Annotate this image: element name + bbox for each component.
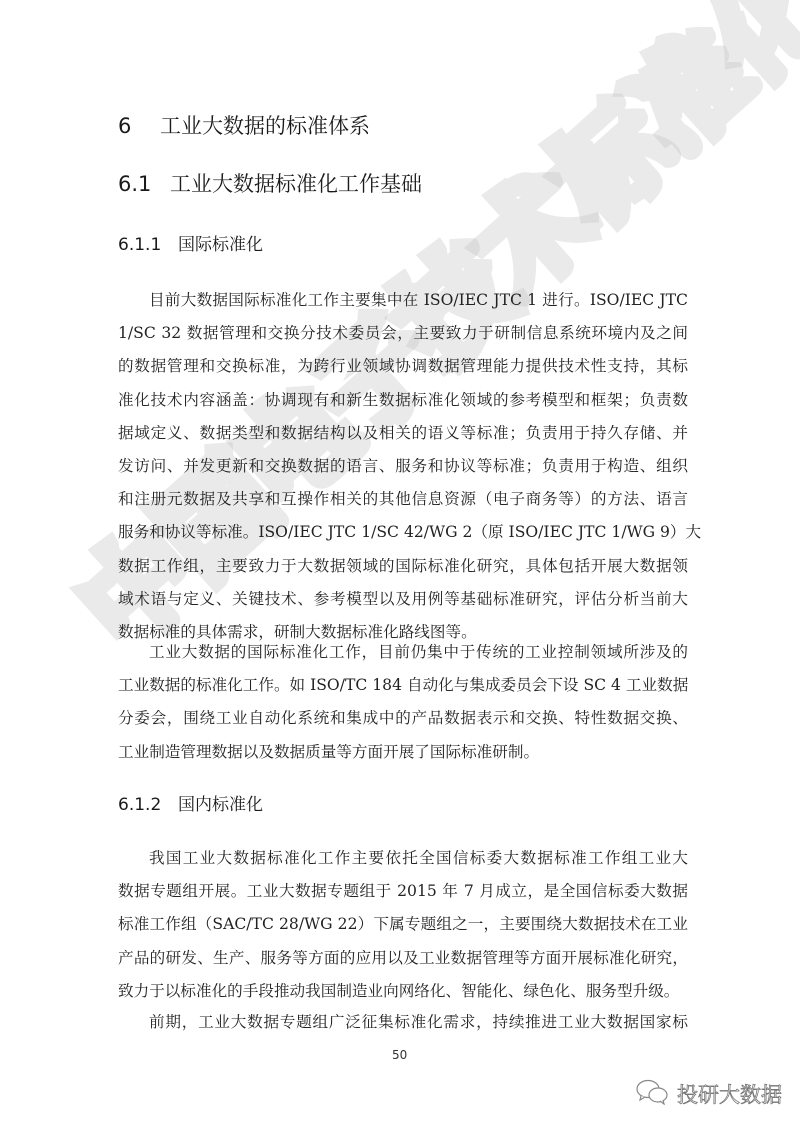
chapter-heading: 6工业大数据的标准体系 xyxy=(118,110,370,140)
text-line: 域术语与定义、关键技术、参考模型以及用例等基础标准研究，评估分析当前大 xyxy=(118,583,688,616)
chapter-number: 6 xyxy=(118,114,160,138)
text-line: 工业制造管理数据以及数据质量等方面开展了国际标准研制。 xyxy=(118,736,688,769)
paragraph-international-bigdata: 目前大数据国际标准化工作主要集中在 ISO/IEC JTC 1 进行。ISO/I… xyxy=(118,284,688,649)
document-page: 中国电子技术标准化研究院 6工业大数据的标准体系 6.1工业大数据标准化工作基础… xyxy=(0,0,800,1131)
page-number: 50 xyxy=(392,1048,407,1062)
text-line: 我国工业大数据标准化工作主要依托全国信标委大数据标准工作组工业大 xyxy=(118,842,688,875)
text-line: 的数据管理和交换标准，为跨行业领域协调数据管理能力提供技术性支持，其标 xyxy=(118,350,688,383)
section-number: 6.1 xyxy=(118,172,170,196)
text-line: 服务和协议等标准。ISO/IEC JTC 1/SC 42/WG 2（原 ISO/… xyxy=(118,516,688,549)
text-line: 数据专题组开展。工业大数据专题组于 2015 年 7 月成立，是全国信标委大数据 xyxy=(118,875,688,908)
section-title: 工业大数据标准化工作基础 xyxy=(170,172,422,196)
subsection-number: 6.1.1 xyxy=(118,235,178,255)
text-line: 前期，工业大数据专题组广泛征集标准化需求，持续推进工业大数据国家标 xyxy=(118,1006,688,1039)
text-line: 准化技术内容涵盖：协调现有和新生数据标准化领域的参考模型和框架；负责数 xyxy=(118,384,688,417)
subsection-heading-international: 6.1.1国际标准化 xyxy=(118,230,263,255)
text-line: 标准工作组（SAC/TC 28/WG 22）下属专题组之一，主要围绕大数据技术在… xyxy=(118,908,688,941)
subsection-number: 6.1.2 xyxy=(118,795,178,815)
section-heading: 6.1工业大数据标准化工作基础 xyxy=(118,168,422,198)
text-line: 数据工作组，主要致力于大数据领域的国际标准化研究，具体包括开展大数据领 xyxy=(118,550,688,583)
subsection-heading-domestic: 6.1.2国内标准化 xyxy=(118,790,263,815)
text-line: 致力于以标准化的手段推动我国制造业向网络化、智能化、绿色化、服务型升级。 xyxy=(118,975,688,1008)
text-line: 据域定义、数据类型和数据结构以及相关的语义等标准；负责用于持久存储、并 xyxy=(118,417,688,450)
paragraph-domestic-intro: 我国工业大数据标准化工作主要依托全国信标委大数据标准工作组工业大 数据专题组开展… xyxy=(118,842,688,1008)
wechat-icon xyxy=(635,1079,669,1110)
brand-label: 投研大数据 xyxy=(677,1079,782,1109)
subsection-title: 国内标准化 xyxy=(178,795,263,815)
text-line: 工业数据的标准化工作。如 ISO/TC 184 自动化与集成委员会下设 SC 4… xyxy=(118,669,688,702)
text-line: 发访问、并发更新和交换数据的语言、服务和协议等标准；负责用于构造、组织 xyxy=(118,450,688,483)
paragraph-domestic-progress: 前期，工业大数据专题组广泛征集标准化需求，持续推进工业大数据国家标 xyxy=(118,1006,688,1039)
chapter-title: 工业大数据的标准体系 xyxy=(160,114,370,138)
text-line: 和注册元数据及共享和互操作相关的其他信息资源（电子商务等）的方法、语言 xyxy=(118,483,688,516)
text-line: 工业大数据的国际标准化工作，目前仍集中于传统的工业控制领域所涉及的 xyxy=(118,636,688,669)
text-line: 目前大数据国际标准化工作主要集中在 ISO/IEC JTC 1 进行。ISO/I… xyxy=(118,284,688,317)
text-line: 1/SC 32 数据管理和交换分技术委员会，主要致力于研制信息系统环境内及之间 xyxy=(118,317,688,350)
subsection-title: 国际标准化 xyxy=(178,235,263,255)
text-line: 分委会，围绕工业自动化系统和集成中的产品数据表示和交换、特性数据交换、 xyxy=(118,702,688,735)
text-line: 产品的研发、生产、服务等方面的应用以及工业数据管理等方面开展标准化研究， xyxy=(118,942,688,975)
paragraph-international-industrial: 工业大数据的国际标准化工作，目前仍集中于传统的工业控制领域所涉及的 工业数据的标… xyxy=(118,636,688,769)
brand-watermark: 投研大数据 xyxy=(635,1076,782,1112)
